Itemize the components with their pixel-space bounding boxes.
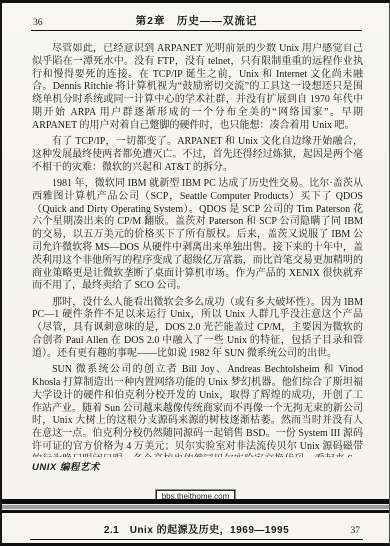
divider-stripes — [0, 499, 390, 513]
paragraph: SUN 微系统公司的创立者 Bill Joy、Andreas Bechtolsh… — [32, 364, 363, 457]
book-title: UNIX 编程艺术 — [32, 459, 100, 473]
section-title: 2.1 Unix 的起源及历史，1969—1995 — [30, 521, 363, 536]
stripe-black-bottom — [0, 510, 390, 513]
paragraph: 1981 年，微软同 IBM 就新型 IBM PC 达成了历史性交易。比尔·盖茨… — [32, 178, 363, 293]
paragraph: 尽管如此，已经意识到 ARPANET 光明前景的少数 Unix 用户感觉自己似乎… — [32, 43, 363, 133]
chapter-title: 第2章 历史——双流记 — [31, 13, 362, 28]
book-page: 36 第2章 历史——双流记 尽管如此，已经意识到 ARPANET 光明前景的少… — [0, 0, 390, 546]
page-footer: 2.1 Unix 的起源及历史，1969—1995 37 — [30, 523, 363, 540]
page-number-right: 37 — [351, 526, 361, 536]
page-header: 36 第2章 历史——双流记 — [31, 14, 362, 31]
page-body: 尽管如此，已经意识到 ARPANET 光明前景的少数 Unix 用户感觉自己似乎… — [32, 43, 363, 457]
paragraph: 那时，没什么人能看出微软会多么成功（或有多大破坏性）。因为 IBM PC—1 硬… — [32, 297, 363, 361]
paragraph: 有了 TCP/IP，一切都变了。ARPANET 和 Unix 文化自边缘开始融合… — [32, 136, 363, 174]
